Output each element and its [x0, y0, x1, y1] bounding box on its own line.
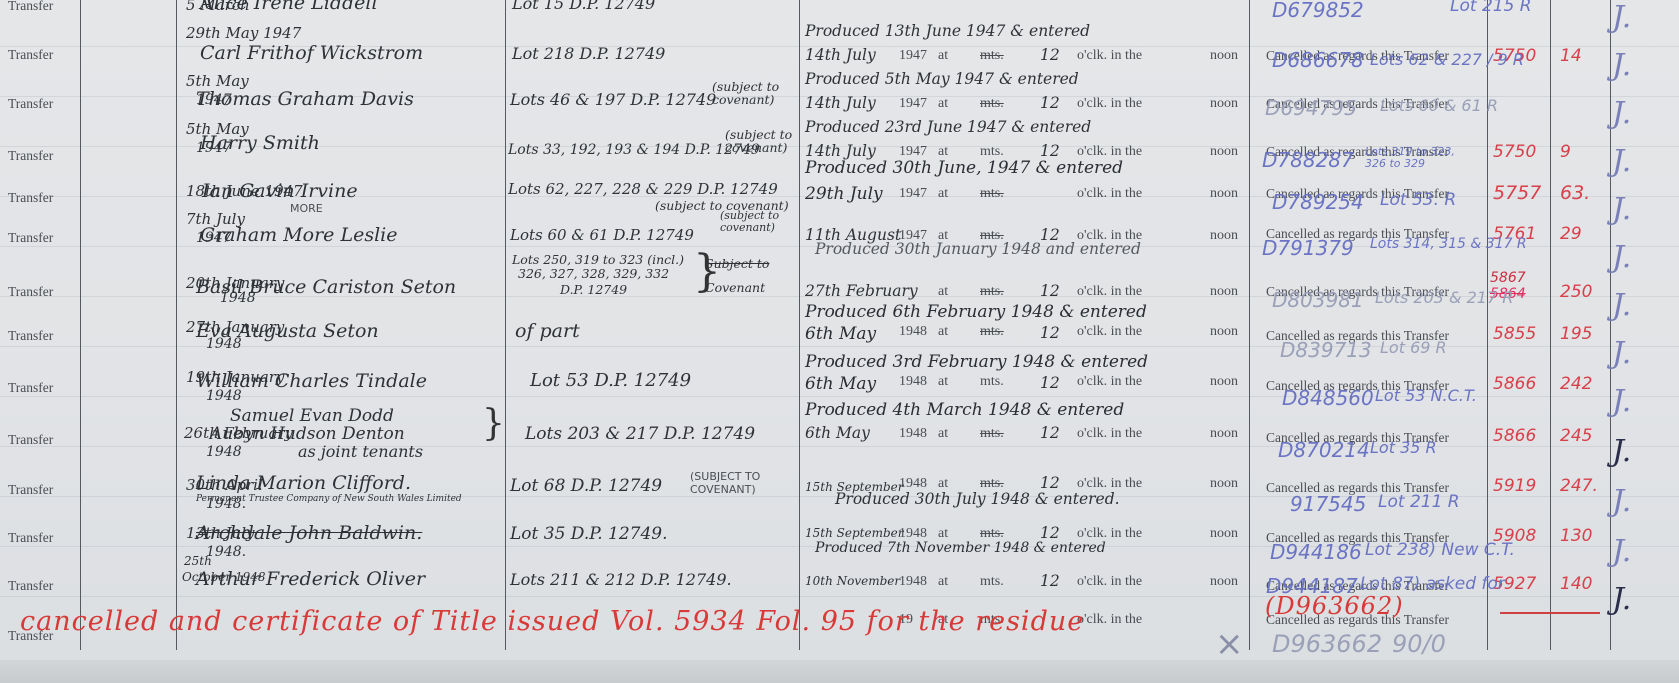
initials-mark: J.: [1612, 534, 1631, 569]
page-edge: [0, 660, 1679, 683]
instrument-type: Transfer: [8, 284, 53, 300]
dealing-number: 917545: [1290, 492, 1366, 516]
printed-oclock: o'clk. in the: [1077, 612, 1142, 628]
folio-number: 242: [1560, 374, 1592, 394]
column-divider: [80, 0, 81, 650]
red-line: [1500, 612, 1600, 614]
registration-hour: 12: [1040, 572, 1060, 590]
transferee-name: Eva Augusta Seton: [196, 320, 379, 342]
printed-noon: noon: [1210, 574, 1238, 590]
dealing-number: D963662: [1272, 630, 1382, 658]
lot-line-3: D.P. 12749: [560, 282, 627, 297]
printed-noon: noon: [1210, 374, 1238, 390]
transferee-name: Basil Bruce Cariston Seton: [196, 276, 456, 298]
printed-mts: mts.: [980, 48, 1004, 64]
folio-number: 63.: [1560, 182, 1590, 204]
dealing-note: Lot 211 R: [1378, 492, 1460, 512]
column-divider: [1249, 0, 1250, 650]
transferee-name: Harry Smith: [200, 132, 320, 154]
dealing-note: Lot 87) asked for: [1360, 574, 1505, 594]
registration-hour: 12: [1040, 94, 1060, 112]
dealing-note: Lot 53. R: [1380, 190, 1456, 210]
registered-year: 1947: [899, 48, 927, 64]
produced-note: Produced 3rd February 1948 & entered: [805, 352, 1148, 372]
dealing-note: 90/0: [1392, 630, 1446, 658]
instrument-type: Transfer: [8, 190, 53, 206]
produced-note: Produced 13th June 1947 & entered: [805, 22, 1090, 40]
initials-mark: J.: [1612, 0, 1631, 35]
produced-note: Produced 5th May 1947 & entered: [805, 70, 1079, 88]
covenant-line-1: Subject to: [705, 256, 769, 271]
transferee-name: Arthur Frederick Oliver: [196, 568, 425, 590]
volume-number: 5750: [1493, 142, 1536, 162]
printed-mts: mts.: [980, 324, 1004, 340]
produced-note: Produced 30th June, 1947 & entered: [805, 158, 1123, 178]
registration-hour: 12: [1040, 374, 1060, 392]
printed-mts: mts.: [980, 96, 1004, 112]
printed-at: at: [938, 574, 948, 590]
registered-date: 10th November: [805, 574, 900, 588]
dealing-number: D803981: [1272, 288, 1364, 312]
lot-description: Lots 46 & 197 D.P. 12749: [510, 90, 716, 109]
registered-date: 27th February: [805, 282, 918, 300]
dealing-note: Lots 60 & 61 R: [1380, 96, 1498, 115]
dealing-number: D848560: [1282, 386, 1374, 410]
folio-number: 29: [1560, 224, 1582, 244]
instrument-type: Transfer: [8, 47, 53, 63]
column-divider: [176, 0, 177, 650]
lot-description: Lots 203 & 217 D.P. 12749: [525, 424, 755, 444]
lot-description: Lot 218 D.P. 12749: [512, 44, 665, 63]
printed-oclock: o'clk. in the: [1077, 426, 1142, 442]
printed-noon: noon: [1210, 144, 1238, 160]
lot-description: Lots 60 & 61 D.P. 12749: [510, 226, 694, 244]
bracket: }: [482, 406, 505, 442]
folio-number: 247.: [1560, 476, 1598, 496]
initials-mark: J.: [1612, 434, 1631, 469]
registration-hour: 12: [1040, 424, 1060, 442]
initials-mark: J.: [1612, 48, 1631, 83]
instrument-type: Transfer: [8, 328, 53, 344]
registered-date: 6th May: [805, 374, 876, 394]
printed-noon: noon: [1210, 426, 1238, 442]
lot-line-2: 326, 327, 328, 329, 332: [518, 266, 669, 281]
registered-year: 1948: [899, 426, 927, 442]
folio-number: 245: [1560, 426, 1592, 446]
printed-oclock: o'clk. in the: [1077, 574, 1142, 590]
printed-noon: noon: [1210, 526, 1238, 542]
initials-mark: J.: [1612, 192, 1631, 227]
printed-at: at: [938, 324, 948, 340]
printed-oclock: o'clk. in the: [1077, 48, 1142, 64]
covenant-line-2: Covenant: [705, 280, 765, 295]
printed-noon: noon: [1210, 284, 1238, 300]
instrument-type: Transfer: [8, 0, 53, 14]
printed-at: at: [938, 374, 948, 390]
registered-date: 15th September: [805, 526, 903, 540]
dealing-note: Lots 319 to 323, 326 to 329: [1365, 146, 1455, 170]
transferee-name: Thomas Graham Davis: [196, 88, 414, 110]
dealing-note: Lot 53 N.C.T.: [1375, 386, 1477, 405]
instrument-year: 1948: [206, 444, 242, 460]
dealing-note: Lot 215 R: [1450, 0, 1532, 16]
printed-at: at: [938, 96, 948, 112]
produced-note: Produced 30th January 1948 and entered: [815, 240, 1141, 258]
printed-noon: noon: [1210, 96, 1238, 112]
folio-number: 250: [1560, 282, 1592, 302]
transferee-name: Linda Marion Clifford.: [196, 472, 411, 494]
lot-description: Lot 68 D.P. 12749: [510, 476, 662, 496]
volume-number: 5855: [1493, 324, 1536, 344]
registered-date: 6th May: [805, 424, 870, 442]
produced-note: Produced 7th November 1948 & entered: [815, 540, 1106, 556]
name-insertion: MORE: [290, 202, 323, 215]
produced-note: Produced 30th July 1948 & entered.: [835, 490, 1120, 508]
column-divider: [1550, 0, 1551, 650]
lot-description: Lots 33, 192, 193 & 194 D.P. 12749: [508, 142, 760, 158]
registered-date: 14th July: [805, 46, 876, 64]
instrument-type: Transfer: [8, 380, 53, 396]
transferee-name-1: Samuel Evan Dodd: [230, 406, 394, 426]
dealing-note: Lot 35 R: [1370, 438, 1437, 457]
printed-at: at: [938, 284, 948, 300]
printed-noon: noon: [1210, 228, 1238, 244]
trustee-note: Permanent Trustee Company of New South W…: [196, 494, 486, 504]
dealing-number: D791379: [1262, 236, 1354, 260]
registration-hour: 12: [1040, 46, 1060, 64]
dealing-note: Lots 62 & 227 / 9 R: [1370, 50, 1524, 69]
instrument-type: Transfer: [8, 432, 53, 448]
column-divider: [1610, 0, 1611, 650]
transferee-name-2: Aubyn Hudson Denton: [210, 424, 405, 444]
instrument-type: Transfer: [8, 96, 53, 112]
produced-note: Produced 23rd June 1947 & entered: [805, 118, 1091, 136]
folio-number: 14: [1560, 46, 1582, 66]
instrument-type: Transfer: [8, 230, 53, 246]
initials-mark: J.: [1612, 384, 1631, 419]
initials-mark: J.: [1612, 144, 1631, 179]
lot-description: Lots 211 & 212 D.P. 12749.: [510, 570, 732, 589]
register-page: Transfer 5 March Alice Irene Liddell Lot…: [0, 0, 1679, 660]
printed-at: at: [938, 186, 948, 202]
instrument-date: 25th: [184, 554, 212, 568]
transferee-name: Graham More Leslie: [200, 224, 397, 246]
folio-number: 195: [1560, 324, 1592, 344]
lot-description: Lot 35 D.P. 12749.: [510, 524, 668, 544]
registration-hour: 12: [1040, 282, 1060, 300]
initials-mark: J.: [1612, 336, 1631, 371]
registered-date: 6th May: [805, 324, 876, 344]
initials-mark: J.: [1612, 288, 1631, 323]
registered-year: 1948: [899, 374, 927, 390]
volume-number: 5866: [1493, 426, 1536, 446]
dealing-number: D839713: [1280, 338, 1372, 362]
initials-mark: J.: [1612, 582, 1631, 617]
cancellation-reference: (D963662): [1265, 592, 1404, 620]
ruled-line: [0, 596, 1679, 597]
printed-mts: mts.: [980, 426, 1004, 442]
column-divider: [799, 0, 800, 650]
transferee-name: Ian Gavin Irvine: [202, 180, 358, 202]
volume-number: 5866: [1493, 374, 1536, 394]
dealing-number: D789254: [1272, 190, 1364, 214]
dealing-number: D944186: [1270, 540, 1362, 564]
printed-oclock: o'clk. in the: [1077, 374, 1142, 390]
printed-oclock: o'clk. in the: [1077, 186, 1142, 202]
lot-description: Lot 53 D.P. 12749: [530, 370, 691, 391]
registered-date: 14th July: [805, 94, 876, 112]
volume-number: 5867: [1490, 270, 1526, 286]
cancellation-annotation: cancelled and certificate of Title issue…: [20, 606, 1084, 637]
volume-number: 5919: [1493, 476, 1536, 496]
printed-mts: mts.: [980, 284, 1004, 300]
printed-noon: noon: [1210, 324, 1238, 340]
printed-at: at: [938, 48, 948, 64]
transferee-name: William Charles Tindale: [196, 370, 427, 392]
folio-number: 9: [1560, 142, 1571, 162]
printed-at: at: [938, 426, 948, 442]
instrument-year: 1948.: [206, 544, 246, 560]
dealing-number: D686678: [1272, 48, 1364, 72]
dealing-note: Lots 314, 315 & 317 R: [1370, 236, 1527, 252]
instrument-type: Transfer: [8, 578, 53, 594]
dealing-note: Lots 203 & 217 R: [1375, 288, 1513, 307]
printed-noon: noon: [1210, 476, 1238, 492]
initials-mark: J.: [1612, 240, 1631, 275]
lot-line-1: Lots 250, 319 to 323 (incl.): [512, 252, 684, 267]
folio-number: 140: [1560, 574, 1592, 594]
transferee-name: Alice Irene Liddell: [200, 0, 378, 14]
printed-noon: noon: [1210, 186, 1238, 202]
lot-description: Lot 15 D.P. 12749: [512, 0, 655, 13]
covenant-note: (subject to covenant): [725, 128, 800, 154]
registered-year: 1947: [899, 186, 927, 202]
dealing-number: D870214: [1278, 438, 1370, 462]
printed-oclock: o'clk. in the: [1077, 284, 1142, 300]
instrument-type: Transfer: [8, 148, 53, 164]
dealing-number: D694795: [1265, 96, 1357, 120]
printed-mts: mts.: [980, 374, 1004, 390]
initials-mark: J.: [1612, 96, 1631, 131]
instrument-type: Transfer: [8, 530, 53, 546]
lot-description: Lots 62, 227, 228 & 229 D.P. 12749: [508, 180, 778, 198]
cross-mark: ×: [1215, 624, 1244, 664]
produced-note: Produced 4th March 1948 & entered: [805, 400, 1124, 420]
column-divider: [505, 0, 506, 650]
registered-year: 1948: [899, 324, 927, 340]
produced-note: Produced 6th February 1948 & entered: [805, 302, 1147, 322]
printed-oclock: o'clk. in the: [1077, 324, 1142, 340]
dealing-note: Lot 69 R: [1380, 338, 1447, 357]
printed-mts: mts.: [980, 574, 1004, 590]
covenant-note: (SUBJECT TO COVENANT): [690, 470, 790, 496]
dealing-note: Lot 238) New C.T.: [1365, 540, 1515, 560]
registration-hour: 12: [1040, 324, 1060, 342]
transferee-name-struck: Archdale John Baldwin.: [196, 522, 422, 544]
registered-year: 1947: [899, 96, 927, 112]
registered-date: 29th July: [805, 184, 883, 204]
instrument-date: 29th May 1947: [186, 24, 301, 42]
printed-oclock: o'clk. in the: [1077, 96, 1142, 112]
covenant-note: (subject to covenant): [720, 210, 798, 234]
transferee-name: Carl Frithof Wickstrom: [200, 42, 423, 64]
folio-number: 130: [1560, 526, 1592, 546]
printed-noon: noon: [1210, 48, 1238, 64]
dealing-number: D679852: [1272, 0, 1364, 22]
joint-tenancy-note: as joint tenants: [298, 442, 423, 461]
initials-mark: J.: [1612, 484, 1631, 519]
covenant-note: (subject to covenant): [712, 80, 792, 106]
dealing-number: D788287: [1262, 148, 1354, 172]
lot-description: of part: [515, 320, 580, 342]
volume-number: 5757: [1493, 182, 1541, 204]
registered-year: 1948: [899, 574, 927, 590]
printed-mts: mts.: [980, 186, 1004, 202]
instrument-type: Transfer: [8, 482, 53, 498]
